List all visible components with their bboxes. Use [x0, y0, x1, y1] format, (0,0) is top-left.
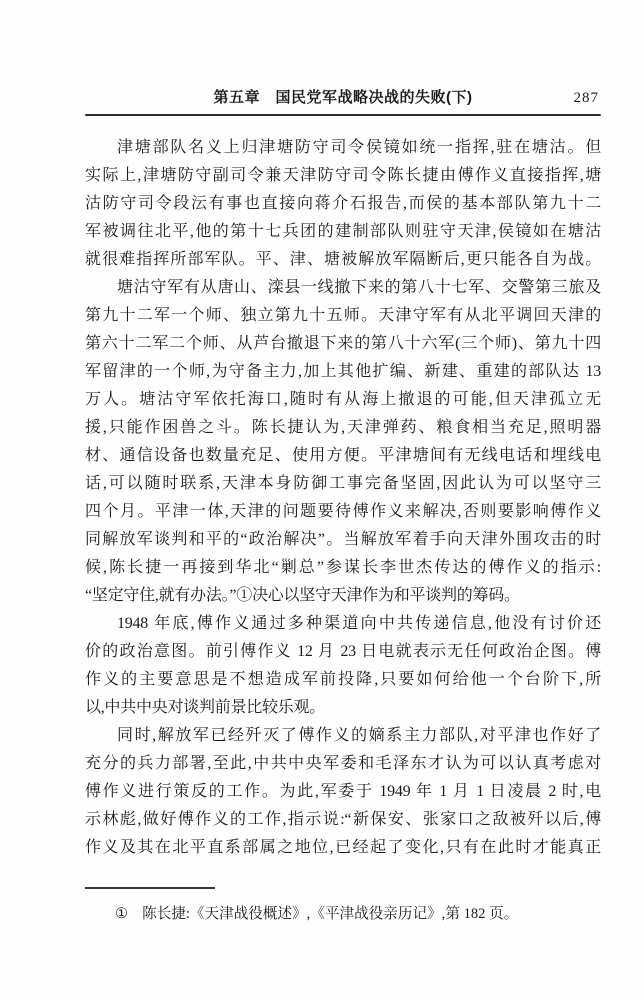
- text-line: 万人。塘沽守军依托海口,随时有从海上撤退的可能,但天津孤立无: [85, 386, 601, 414]
- text-line: 沽防守司令段沄有事也直接向蒋介石报告,而侯的基本部队第九十二: [85, 190, 601, 218]
- text-line: 充分的兵力部署,至此,中共中央军委和毛泽东才认为可以认真考虑对: [85, 750, 601, 778]
- text-line: 话,可以随时联系,天津本身防御工事完备坚固,因此认为可以坚守三: [85, 470, 601, 498]
- text-line: 第九十二军一个师、独立第九十五师。天津守军有从北平调回天津的: [85, 302, 601, 330]
- footnote-text: 陈长捷:《天津战役概述》,《平津战役亲历记》,第 182 页。: [142, 906, 518, 922]
- running-head: 第五章 国民党军战略决战的失败(下) 287: [85, 88, 601, 108]
- footnote-rule: [85, 887, 215, 889]
- footnote-marker: ①: [115, 906, 128, 922]
- text-line: 塘沽守军有从唐山、滦县一线撤下来的第八十七军、交警第三旅及: [85, 274, 601, 302]
- text-line: 同解放军谈判和平的“政治解决”。当解放军着手向天津外围攻击的时: [85, 526, 601, 554]
- text-line: 以,中共中央对谈判前景比较乐观。: [85, 694, 601, 722]
- text-line: 材、通信设备也数量充足、使用方便。平津塘间有无线电话和埋线电: [85, 442, 601, 470]
- text-line: 作义的主要意思是不想造成军前投降,只要如何给他一个台阶下,所: [85, 666, 601, 694]
- text-line: 作义及其在北平直系部属之地位,已经起了变化,只有在此时才能真正: [85, 834, 601, 862]
- text-line: 援,只能作困兽之斗。陈长捷认为,天津弹药、粮食相当充足,照明器: [85, 414, 601, 442]
- text-line: 候,陈长捷一再接到华北“剿总”参谋长李世杰传达的傅作义的指示:: [85, 554, 601, 582]
- text-line: 示林彪,做好傅作义的工作,指示说:“新保安、张家口之敌被歼以后,傅: [85, 806, 601, 834]
- chapter-title: 第五章 国民党军战略决战的失败(下): [214, 89, 473, 106]
- text-line: 军留津的一个师,为守备主力,加上其他扩编、新建、重建的部队达 13: [85, 358, 601, 386]
- footnote: ①陈长捷:《天津战役概述》,《平津战役亲历记》,第 182 页。: [85, 902, 601, 926]
- text-line: 1948 年底,傅作义通过多种渠道向中共传递信息,他没有讨价还: [85, 610, 601, 638]
- header-rule: [85, 114, 601, 116]
- text-column: 第五章 国民党军战略决战的失败(下) 287 津塘部队名义上归津塘防守司令侯镜如…: [85, 0, 601, 1000]
- text-line: 津塘部队名义上归津塘防守司令侯镜如统一指挥,驻在塘沽。但: [85, 134, 601, 162]
- body-text: 津塘部队名义上归津塘防守司令侯镜如统一指挥,驻在塘沽。但 实际上,津塘防守副司令…: [85, 134, 601, 862]
- text-line: 实际上,津塘防守副司令兼天津防守司令陈长捷由傅作义直接指挥,塘: [85, 162, 601, 190]
- book-page: 第五章 国民党军战略决战的失败(下) 287 津塘部队名义上归津塘防守司令侯镜如…: [0, 0, 644, 1000]
- text-line: 价的政治意图。前引傅作义 12 月 23 日电就表示无任何政治企图。傅: [85, 638, 601, 666]
- text-line: 就很难指挥所部军队。平、津、塘被解放军隔断后,更只能各自为战。: [85, 246, 601, 274]
- text-line: 同时,解放军已经歼灭了傅作义的嫡系主力部队,对平津也作好了: [85, 722, 601, 750]
- text-line: 傅作义进行策反的工作。为此,军委于 1949 年 1 月 1 日凌晨 2 时,电: [85, 778, 601, 806]
- page-number: 287: [574, 88, 600, 108]
- text-line: 四个月。平津一体,天津的问题要待傅作义来解决,否则要影响傅作义: [85, 498, 601, 526]
- text-line: 军被调往北平,他的第十七兵团的建制部队则驻守天津,侯镜如在塘沽: [85, 218, 601, 246]
- text-line: “坚定守住,就有办法。”①决心以坚守天津作为和平谈判的筹码。: [85, 582, 601, 610]
- text-line: 第六十二军二个师、从芦台撤退下来的第八十六军(三个师)、第九十四: [85, 330, 601, 358]
